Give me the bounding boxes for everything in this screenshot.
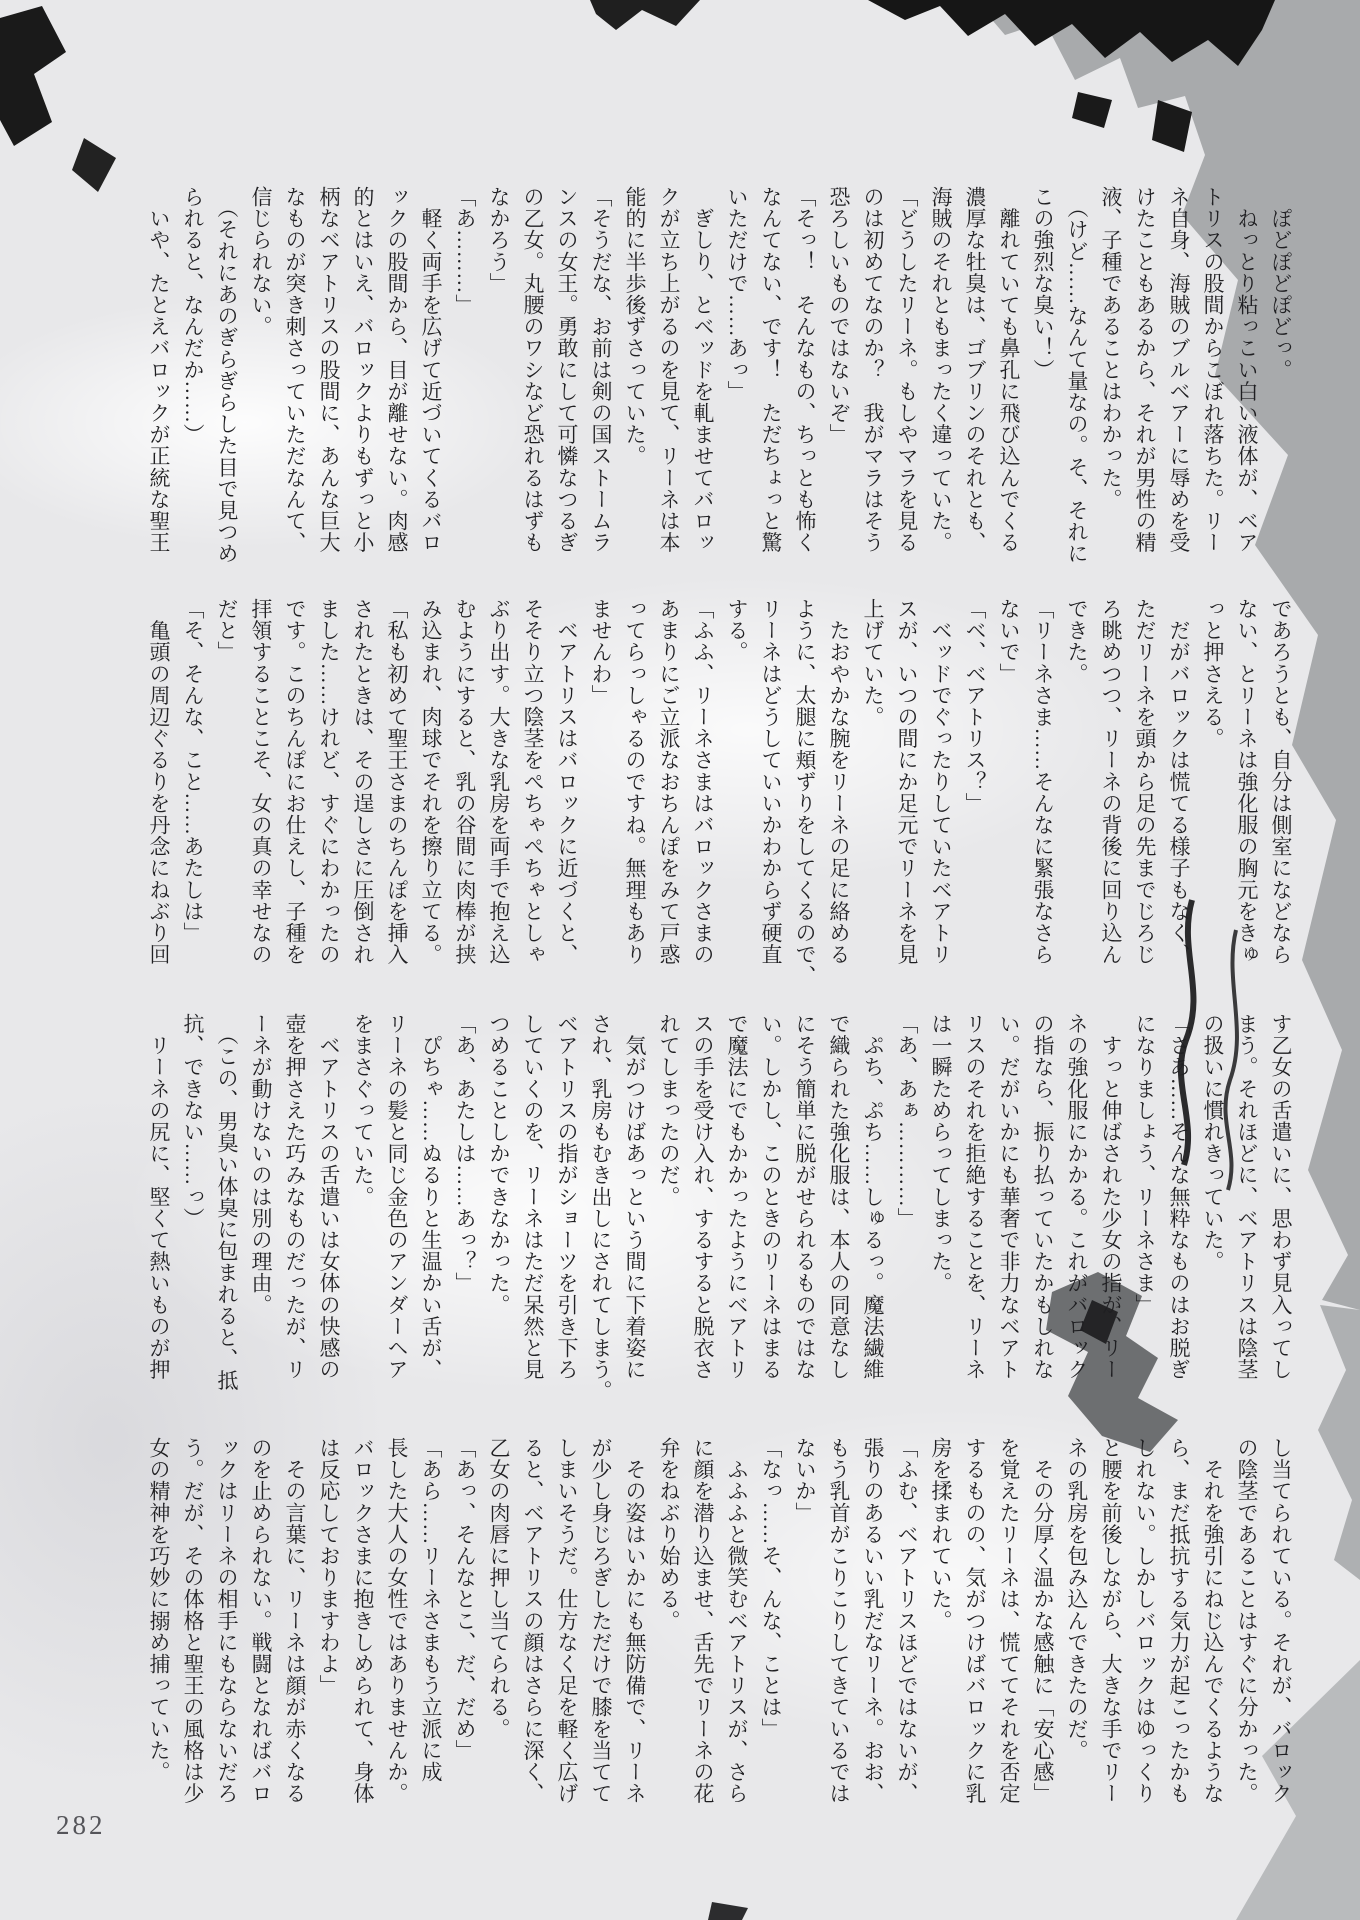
text-column: をまさぐっていた。 bbox=[346, 1013, 380, 1389]
text-column: 「あ、あたしは……あっ？」 bbox=[448, 1013, 482, 1389]
text-column: されたときは、その逞しさに圧倒され bbox=[346, 598, 380, 974]
text-column: の扱いに慣れきっていた。 bbox=[1196, 1013, 1230, 1389]
text-column: そそり立つ陰茎をぺちゃぺちゃとしゃ bbox=[516, 598, 550, 974]
text-column: なんてない、です！ ただちょっと驚 bbox=[754, 186, 788, 562]
text-column: の乙女。丸腰のワシなど恐れるはずも bbox=[516, 186, 550, 562]
text-column: 海賊のそれともまったく違っていた。 bbox=[924, 186, 958, 562]
text-column: ように、太腿に頬ずりをしてくるので、 bbox=[788, 598, 822, 974]
text-column: を覚えたリーネは、慌ててそれを否定 bbox=[992, 1437, 1026, 1813]
text-column: ると、ベアトリスの顔はさらに深く、 bbox=[516, 1437, 550, 1813]
text-column: ないか」 bbox=[788, 1437, 822, 1813]
text-column: う。だが、その体格と聖王の風格は少 bbox=[176, 1437, 210, 1813]
text-column: 「さあ……そんな無粋なものはお脱ぎ bbox=[1162, 1013, 1196, 1389]
text-column: され、乳房もむき出しにされてしまう。 bbox=[584, 1013, 618, 1389]
text-column: 長した大人の女性ではありませんか。 bbox=[380, 1437, 414, 1813]
text-band-4: し当てられている。それが、バロックの陰茎であることはすぐに分かった。 それを強引… bbox=[140, 1437, 1298, 1813]
text-column: いや、たとえバロックが正統な聖王 bbox=[142, 186, 176, 562]
text-column: （この、男臭い体臭に包まれると、抵 bbox=[210, 1013, 244, 1389]
text-column: たおやかな腕をリーネの足に絡める bbox=[822, 598, 856, 974]
text-column: その分厚く温かな感触に「安心感」 bbox=[1026, 1437, 1060, 1813]
text-column: 「ベ、ベアトリス？」 bbox=[958, 598, 992, 974]
text-column: ぷち、ぷち……しゅるっ。魔法繊維 bbox=[856, 1013, 890, 1389]
text-column: 上げていた。 bbox=[856, 598, 890, 974]
text-column: スの手を受け入れ、するすると脱衣さ bbox=[686, 1013, 720, 1389]
text-column: ませんわ」 bbox=[584, 598, 618, 974]
text-column: 的とはいえ、バロックよりもずっと小 bbox=[346, 186, 380, 562]
text-column: 「あっ、そんなとこ、だ、だめ」 bbox=[448, 1437, 482, 1813]
text-column: この強烈な臭い！） bbox=[1026, 186, 1060, 562]
text-column: ぎしり、とベッドを軋ませてバロッ bbox=[686, 186, 720, 562]
text-column: なかろう」 bbox=[482, 186, 516, 562]
text-column: ろ眺めつつ、リーネの背後に回り込ん bbox=[1094, 598, 1128, 974]
text-column: しまいそうだ。仕方なく足を軽く広げ bbox=[550, 1437, 584, 1813]
text-column: 能的に半歩後ずさっていた。 bbox=[618, 186, 652, 562]
text-column: のは初めてなのか？ 我がマラはそう bbox=[856, 186, 890, 562]
text-column: で魔法にでもかかったようにベアトリ bbox=[720, 1013, 754, 1389]
text-column: み込まれ、肉球でそれを擦り立てる。 bbox=[414, 598, 448, 974]
text-column: 「あ………」 bbox=[448, 186, 482, 562]
text-column: していくのを、リーネはただ呆然と見 bbox=[516, 1013, 550, 1389]
text-column: スが、いつの間にか足元でリーネを見 bbox=[890, 598, 924, 974]
text-column: むようにすると、乳の谷間に肉棒が挟 bbox=[448, 598, 482, 974]
text-column: トリスの股間からこぼれ落ちた。リー bbox=[1196, 186, 1230, 562]
text-column: は一瞬ためらってしまった。 bbox=[924, 1013, 958, 1389]
text-column: ないで」 bbox=[992, 598, 1026, 974]
text-column: だがバロックは慌てる様子もなく、 bbox=[1162, 598, 1196, 974]
text-band-2: であろうとも、自分は側室になどならない、とリーネは強化服の胸元をきゅっと押さえる… bbox=[140, 598, 1298, 974]
scanned-book-page: { "page": { "page_number": "282", "langu… bbox=[0, 0, 1360, 1920]
text-column: ーネが動けないのは別の理由。 bbox=[244, 1013, 278, 1389]
text-column: リーネの尻に、堅くて熱いものが押 bbox=[142, 1013, 176, 1389]
text-column: その言葉に、リーネは顔が赤くなる bbox=[278, 1437, 312, 1813]
text-column: ネの乳房を包み込んできたのだ。 bbox=[1060, 1437, 1094, 1813]
text-column: ベアトリスの舌遣いは女体の快感の bbox=[312, 1013, 346, 1389]
text-column: ベアトリスはバロックに近づくと、 bbox=[550, 598, 584, 974]
text-column: 恐ろしいものではないぞ」 bbox=[822, 186, 856, 562]
text-column: クが立ち上がるのを見て、リーネは本 bbox=[652, 186, 686, 562]
novel-text: ぽどぽどぽどっ。 ねっとり粘っこい白い液体が、ベアトリスの股間からこぼれ落ちた。… bbox=[0, 0, 1360, 1920]
text-column: リーネはどうしていいかわからず硬直 bbox=[754, 598, 788, 974]
text-column: 「そ、そんな、こと……あたしは」 bbox=[176, 598, 210, 974]
text-column: のを止められない。戦闘となればバロ bbox=[244, 1437, 278, 1813]
text-column: できた。 bbox=[1060, 598, 1094, 974]
text-column: す乙女の舌遣いに、思わず見入ってし bbox=[1264, 1013, 1298, 1389]
text-column: 乙女の肉唇に押し当てられる。 bbox=[482, 1437, 516, 1813]
text-column: だと」 bbox=[210, 598, 244, 974]
text-column: ぶり出す。大きな乳房を両手で抱え込 bbox=[482, 598, 516, 974]
text-column: は反応しておりますわよ」 bbox=[312, 1437, 346, 1813]
text-column: 張りのあるいい乳だなリーネ。おお、 bbox=[856, 1437, 890, 1813]
text-column: 「なっ……そ、んな、ことは」 bbox=[754, 1437, 788, 1813]
text-column: 「ふふ、リーネさまはバロックさまの bbox=[686, 598, 720, 974]
text-column: 「どうしたリーネ。もしやマラを見る bbox=[890, 186, 924, 562]
text-column: になりましょう、リーネさま」 bbox=[1128, 1013, 1162, 1389]
text-column: 離れていても鼻孔に飛び込んでくる bbox=[992, 186, 1026, 562]
text-column: ってらっしゃるのですね。無理もあり bbox=[618, 598, 652, 974]
text-column: し当てられている。それが、バロック bbox=[1264, 1437, 1298, 1813]
text-band-3: す乙女の舌遣いに、思わず見入ってしまう。それほどに、ベアトリスは陰茎の扱いに慣れ… bbox=[140, 1013, 1298, 1389]
text-column: ねっとり粘っこい白い液体が、ベア bbox=[1230, 186, 1264, 562]
text-column: リスのそれを拒絶することを、リーネ bbox=[958, 1013, 992, 1389]
text-column: （それにあのぎらぎらした目で見つめ bbox=[210, 186, 244, 562]
text-column: あまりにご立派なおちんぽをみて戸惑 bbox=[652, 598, 686, 974]
text-column: い。だがいかにも華奢で非力なベアト bbox=[992, 1013, 1026, 1389]
text-column: 柄なベアトリスの股間に、あんな巨大 bbox=[312, 186, 346, 562]
text-column: 「あ、あぁ…………」 bbox=[890, 1013, 924, 1389]
text-column: 女の精神を巧妙に搦め捕っていた。 bbox=[142, 1437, 176, 1813]
text-column: ベッドでぐったりしていたベアトリ bbox=[924, 598, 958, 974]
text-column: 「リーネさま……そんなに緊張なさら bbox=[1026, 598, 1060, 974]
text-column: つめることしかできなかった。 bbox=[482, 1013, 516, 1389]
text-column: けたこともあるから、それが男性の精 bbox=[1128, 186, 1162, 562]
text-column: に顔を潜り込ませ、舌先でリーネの花 bbox=[686, 1437, 720, 1813]
text-column: が少し身じろぎしただけで膝を当てて bbox=[584, 1437, 618, 1813]
text-column: それを強引にねじ込んでくるような bbox=[1196, 1437, 1230, 1813]
text-column: 弁をねぶり始める。 bbox=[652, 1437, 686, 1813]
text-column: い。しかし、このときのリーネはまる bbox=[754, 1013, 788, 1389]
text-column: いただけで……あっ」 bbox=[720, 186, 754, 562]
text-column: と腰を前後しながら、大きな手でリー bbox=[1094, 1437, 1128, 1813]
text-column: ました……けれど、すぐにわかったの bbox=[312, 598, 346, 974]
text-column: （けど……なんて量なの。そ、それに bbox=[1060, 186, 1094, 562]
text-column: 気がつけばあっという間に下着姿に bbox=[618, 1013, 652, 1389]
text-column: 房を揉まれていた。 bbox=[924, 1437, 958, 1813]
text-column: 信じられない。 bbox=[244, 186, 278, 562]
text-column: です。このちんぽにお仕えし、子種を bbox=[278, 598, 312, 974]
text-column: 液、子種であることはわかった。 bbox=[1094, 186, 1128, 562]
text-column: 「あら……リーネさまもう立派に成 bbox=[414, 1437, 448, 1813]
text-column: するものの、気がつけばバロックに乳 bbox=[958, 1437, 992, 1813]
text-band-1: ぽどぽどぽどっ。 ねっとり粘っこい白い液体が、ベアトリスの股間からこぼれ落ちた。… bbox=[140, 186, 1298, 562]
text-column: 「ふむ、ベアトリスほどではないが、 bbox=[890, 1437, 924, 1813]
text-column: れてしまったのだ。 bbox=[652, 1013, 686, 1389]
text-column: の陰茎であることはすぐに分かった。 bbox=[1230, 1437, 1264, 1813]
text-column: ベアトリスの指がショーツを引き下ろ bbox=[550, 1013, 584, 1389]
text-column: ただリーネを頭から足の先までじろじ bbox=[1128, 598, 1162, 974]
text-column: 濃厚な牡臭は、ゴブリンのそれとも、 bbox=[958, 186, 992, 562]
text-column: にそう簡単に脱がせられるものではな bbox=[788, 1013, 822, 1389]
text-column: で織られた強化服は、本人の同意なし bbox=[822, 1013, 856, 1389]
text-column: その姿はいかにも無防備で、リーネ bbox=[618, 1437, 652, 1813]
text-column: ネの強化服にかかる。これがバロック bbox=[1060, 1013, 1094, 1389]
text-column: 抗、できない……っ） bbox=[176, 1013, 210, 1389]
text-column: なものが突き刺さっていただなんて、 bbox=[278, 186, 312, 562]
text-column: する。 bbox=[720, 598, 754, 974]
page-number: 282 bbox=[56, 1810, 106, 1841]
text-column: 亀頭の周辺ぐるりを丹念にねぶり回 bbox=[142, 598, 176, 974]
text-column: 「そうだな、お前は剣の国ストームラ bbox=[584, 186, 618, 562]
text-column: 「私も初めて聖王さまのちんぽを挿入 bbox=[380, 598, 414, 974]
text-column: すっと伸ばされた少女の指が、リー bbox=[1094, 1013, 1128, 1389]
text-column: しれない。しかしバロックはゆっくり bbox=[1128, 1437, 1162, 1813]
text-column: ない、とリーネは強化服の胸元をきゅ bbox=[1230, 598, 1264, 974]
text-column: もう乳首がこりこりしてきているでは bbox=[822, 1437, 856, 1813]
text-column: 軽く両手を広げて近づいてくるバロ bbox=[414, 186, 448, 562]
text-column: ふふふと微笑むベアトリスが、さら bbox=[720, 1437, 754, 1813]
text-column: 壺を押さえた巧みなものだったが、リ bbox=[278, 1013, 312, 1389]
text-column: まう。それほどに、ベアトリスは陰茎 bbox=[1230, 1013, 1264, 1389]
text-column: ックの股間から、目が離せない。肉感 bbox=[380, 186, 414, 562]
text-column: 「そっ！ そんなもの、ちっとも怖く bbox=[788, 186, 822, 562]
text-column: ックはリーネの相手にもならないだろ bbox=[210, 1437, 244, 1813]
text-column: っと押さえる。 bbox=[1196, 598, 1230, 974]
text-column: ンスの女王。勇敢にして可憐なつるぎ bbox=[550, 186, 584, 562]
text-column: であろうとも、自分は側室になどなら bbox=[1264, 598, 1298, 974]
text-column: バロックさまに抱きしめられて、身体 bbox=[346, 1437, 380, 1813]
text-column: の指なら、振り払っていたかもしれな bbox=[1026, 1013, 1060, 1389]
text-column: ら、まだ抵抗する気力が起こったかも bbox=[1162, 1437, 1196, 1813]
text-column: られると、なんだか……） bbox=[176, 186, 210, 562]
text-column: ぴちゃ……ぬるりと生温かい舌が、 bbox=[414, 1013, 448, 1389]
text-column: 拝領することこそ、女の真の幸せなの bbox=[244, 598, 278, 974]
text-column: ぽどぽどぽどっ。 bbox=[1264, 186, 1298, 562]
text-column: ネ自身、海賊のブルベアーに辱めを受 bbox=[1162, 186, 1196, 562]
text-column: リーネの髪と同じ金色のアンダーヘア bbox=[380, 1013, 414, 1389]
